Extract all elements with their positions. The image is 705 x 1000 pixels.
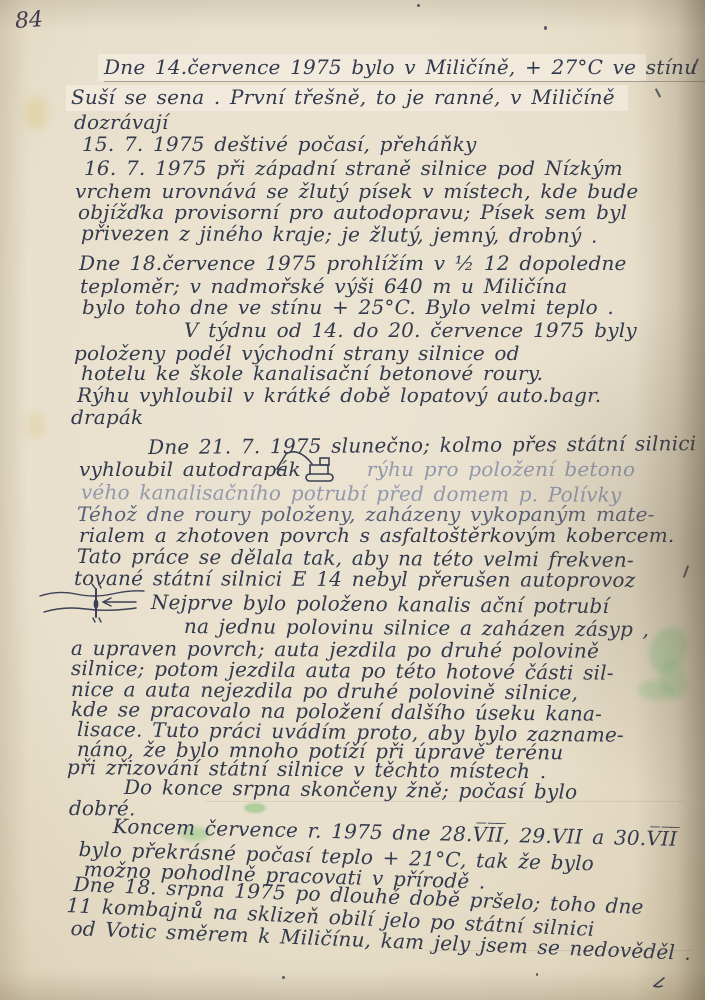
handwriting-line: objížďka provisorní pro autodopravu; Pís… bbox=[78, 202, 627, 222]
handwriting-segment: rýhu pro položení betono bbox=[367, 457, 635, 481]
ink-speck bbox=[536, 973, 538, 976]
yellow-stain bbox=[27, 412, 45, 438]
handwriting-segment: Do konce srpna skončeny žně; počasí bylo bbox=[124, 775, 578, 804]
handwriting-segment: dozrávají bbox=[74, 110, 169, 134]
handwriting-segment: 15. 7. 1975 deštivé počasí, přeháňky bbox=[82, 132, 477, 156]
handwriting-line: drapák bbox=[71, 407, 143, 427]
handwriting-segment: přivezen z jiného kraje; je žlutý, jemný… bbox=[81, 221, 598, 248]
handwriting-line: V týdnu od 14. do 20. července 1975 byly bbox=[184, 320, 637, 340]
yellow-stain bbox=[24, 96, 48, 130]
handwriting-line: Téhož dne roury položeny, zaházeny vykop… bbox=[77, 504, 655, 524]
handwriting-segment: Dne 21. 7. 1975 slunečno; kolmo přes stá… bbox=[148, 431, 696, 459]
handwriting-segment: Dne 18.července 1975 prohlížím v ½ 12 do… bbox=[79, 251, 627, 275]
ink-speck bbox=[282, 976, 285, 979]
handwriting-segment: 16. 7. 1975 při západní straně silnice p… bbox=[84, 156, 623, 180]
handwriting-segment: V týdnu od 14. do 20. července 1975 byly bbox=[184, 318, 637, 342]
handwriting-line: hotelu ke škole kanalisační betonové rou… bbox=[81, 363, 543, 383]
handwriting-segment: Suší se sena . První třešně, to je ranné… bbox=[71, 85, 615, 109]
handwriting-segment: rialem a zhotoven povrch s asfaltoštěrko… bbox=[79, 523, 674, 547]
ink-stroke bbox=[655, 88, 661, 98]
handwriting-line: vyhloubil autodrapákrýhu pro položení be… bbox=[79, 459, 635, 479]
handwriting-line: Dne 21. 7. 1975 slunečno; kolmo přes stá… bbox=[148, 433, 696, 457]
handwriting-line: 16. 7. 1975 při západní straně silnice p… bbox=[84, 158, 623, 178]
handwriting-line: bylo toho dne ve stínu + 25°C. Bylo velm… bbox=[82, 297, 614, 317]
handwriting-segment: bylo toho dne ve stínu + 25°C. Bylo velm… bbox=[82, 295, 614, 319]
handwriting-segment: drapák bbox=[71, 405, 143, 429]
handwriting-segment: vyhloubil autodrapák bbox=[79, 457, 301, 481]
handwriting-segment: tované státní silnici E 14 nebyl přeruše… bbox=[74, 566, 636, 592]
handwriting-segment: Rýhu vyhloubil v krátké době lopatový au… bbox=[77, 383, 601, 407]
handwriting-line: Dne 18.července 1975 prohlížím v ½ 12 do… bbox=[79, 253, 627, 273]
handwriting-segment: hotelu ke škole kanalisační betonové rou… bbox=[81, 361, 543, 385]
road-cross-section-sketch-icon bbox=[38, 582, 148, 624]
handwriting-line: 15. 7. 1975 deštivé počasí, přeháňky bbox=[82, 134, 477, 154]
handwriting-line: Nejprve bylo položeno kanalis ační potru… bbox=[151, 592, 609, 616]
handwriting-line: Dne 14.července 1975 bylo v Miličíně, + … bbox=[104, 57, 705, 82]
handwriting-line: položeny podél východní strany silnice o… bbox=[74, 343, 520, 363]
pen-tick-mark bbox=[650, 976, 666, 990]
handwriting-line: Suší se sena . První třešně, to je ranné… bbox=[71, 87, 615, 107]
green-stain bbox=[244, 803, 266, 813]
ink-stroke bbox=[683, 565, 689, 578]
handwriting-line: vrchem urovnává se žlutý písek v místech… bbox=[75, 181, 638, 201]
excavator-sketch-icon bbox=[276, 448, 338, 484]
handwriting-line: Do konce srpna skončeny žně; počasí bylo bbox=[124, 777, 578, 802]
notebook-page: 84 Dne 14.července 1975 bylo v Miličíně,… bbox=[0, 0, 705, 1000]
handwriting-line: rialem a zhotoven povrch s asfaltoštěrko… bbox=[79, 525, 674, 545]
page-number: 84 bbox=[14, 7, 44, 34]
handwriting-segment: objížďka provisorní pro autodopravu; Pís… bbox=[78, 200, 627, 224]
handwriting-line: teploměr; v nadmořské výši 640 m u Milič… bbox=[80, 276, 567, 296]
handwriting-line: tované státní silnici E 14 nebyl přeruše… bbox=[74, 568, 636, 590]
handwriting-line: Rýhu vyhloubil v krátké době lopatový au… bbox=[77, 385, 601, 405]
ink-speck bbox=[544, 26, 547, 30]
handwriting-segment: Dne 14.července 1975 bylo v Miličíně, + … bbox=[104, 55, 705, 79]
handwriting-line: přivezen z jiného kraje; je žlutý, jemný… bbox=[81, 223, 598, 246]
ink-speck bbox=[417, 4, 420, 7]
handwriting-line: dozrávají bbox=[74, 112, 169, 132]
handwriting-line: na jednu polovinu silnice a zaházen zásy… bbox=[184, 616, 649, 639]
green-stain bbox=[638, 680, 674, 700]
